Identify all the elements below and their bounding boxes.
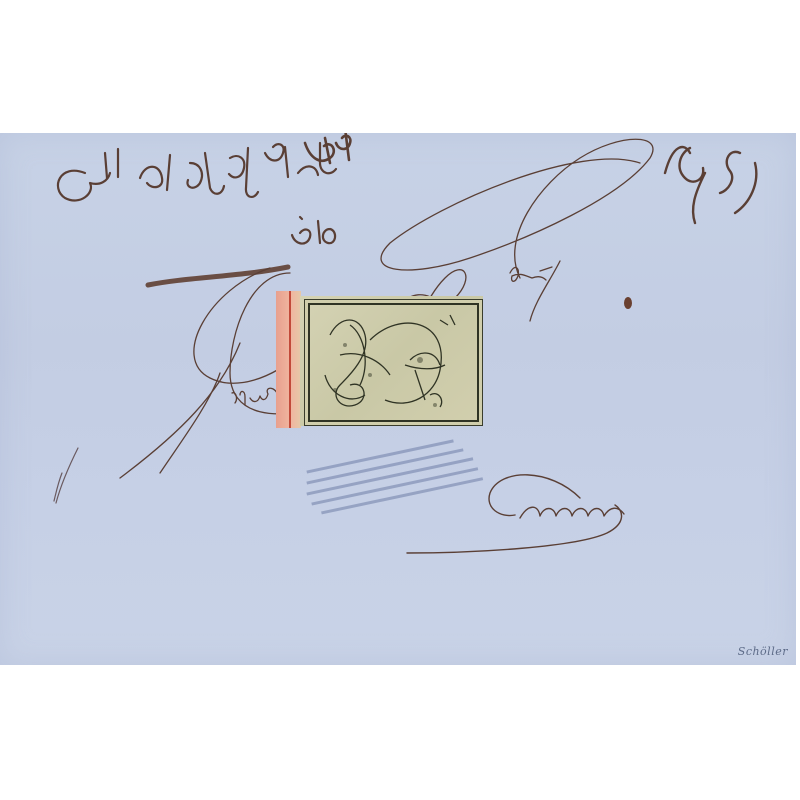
- ottoman-address-line-1: [58, 143, 336, 200]
- sig-re-flourish: [381, 139, 653, 321]
- ottoman-address-line-2: [292, 217, 335, 244]
- tughra-icon: [310, 305, 477, 420]
- ottoman-address-word-top: [305, 133, 350, 163]
- watermark-signature: Schöller: [738, 645, 788, 658]
- postal-cover: Schöller محبتلو احمد پاشا ابکا مخدوم دام…: [0, 133, 796, 665]
- stamp-frame: [308, 303, 479, 422]
- ottoman-address-right: [665, 147, 756, 223]
- ink-blot: [624, 297, 632, 309]
- stamp-margin-red-line: [289, 291, 291, 428]
- postmark-cancel: [306, 439, 483, 514]
